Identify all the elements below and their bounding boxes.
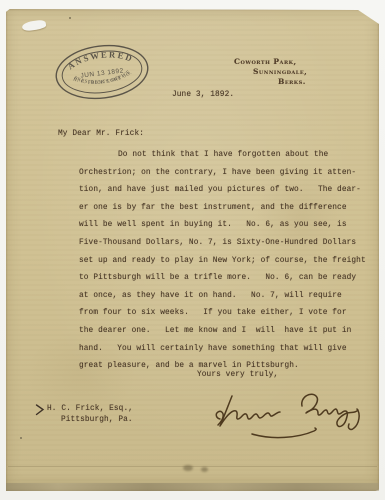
dirt-smudge — [183, 465, 193, 471]
ink-speck — [20, 437, 22, 439]
body-line: Five-Thousand Dollars, No. 7, is Sixty-O… — [79, 235, 375, 253]
body-line: Orchestrion; on the contrary, I have bee… — [79, 165, 375, 183]
stamp-oval-icon: ANSWERED JUN 13 1892 PRESIDENTS OFFICE H… — [51, 38, 153, 105]
body-line: set up and ready to play in New York; of… — [79, 253, 375, 271]
signature-andrew-carnegie — [208, 384, 378, 442]
scanned-letter-page: ANSWERED JUN 13 1892 PRESIDENTS OFFICE H… — [0, 0, 385, 500]
signature-ink-icon — [208, 384, 378, 442]
stamp-answered-text: ANSWERED — [64, 46, 136, 72]
ink-speck — [69, 17, 71, 19]
closing-line: Yours very truly, — [197, 371, 278, 379]
body-line: to Pittsburgh will be a trifle more. No.… — [79, 270, 375, 288]
body-line: the dearer one. Let me know and I will h… — [79, 323, 375, 341]
recipient-name: H. C. Frick, Esq., — [47, 405, 133, 413]
margin-angle-mark-icon — [35, 403, 45, 421]
letter-date: June 3, 1892. — [172, 91, 234, 99]
answered-date-stamp: ANSWERED JUN 13 1892 PRESIDENTS OFFICE H… — [51, 38, 153, 105]
body-line: hand. You will certainly have something … — [79, 341, 375, 359]
dirt-smudge — [201, 467, 208, 472]
body-line: will be well spent in buying it. No. 6, … — [79, 217, 375, 235]
paper-bottom-edge — [6, 483, 379, 491]
body-line: from four to six weeks. If you take eith… — [79, 305, 375, 323]
salutation: My Dear Mr. Frick: — [58, 130, 144, 138]
svg-text:ANSWERED: ANSWERED — [64, 46, 136, 72]
body-line: at once, as they have it on hand. No. 7,… — [79, 288, 375, 306]
letterhead-line-2: Sunningdale, — [253, 67, 307, 76]
body-line: tion, and have just mailed you pictures … — [79, 182, 375, 200]
letterhead-line-1: Coworth Park, — [234, 57, 297, 66]
letter-body: Do not think that I have forgotten about… — [79, 147, 375, 376]
letterhead-line-3: Berks. — [278, 77, 306, 86]
body-line: er one is by far the best instrument, an… — [79, 200, 375, 218]
signature-flourish-icon — [252, 428, 316, 438]
recipient-city: Pittsburgh, Pa. — [61, 416, 133, 424]
body-line: Do not think that I have forgotten about… — [79, 147, 375, 165]
